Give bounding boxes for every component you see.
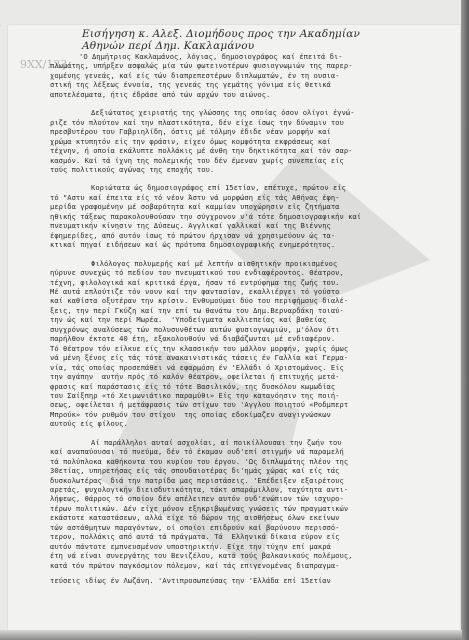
text-line: την αγάπην αυτήν πρός τό καλόν θέατρον, … xyxy=(50,372,462,381)
text-line: τό "Αστυ καί έπειτα είς τό νέον Άστυ νά … xyxy=(50,193,462,202)
text-line: χομένης γενεάς, καί είς τών διαπρεπεστέρ… xyxy=(50,71,462,80)
text-line: κασμόν. Καί τά ίχνη της πολεμικής του δέ… xyxy=(50,156,462,165)
text-line: νία, τάς οποίας προσεπάθει νά εφαρμόση έ… xyxy=(50,363,462,372)
text-line: Μπρούκ» τόν ρυθμόν του στίχου της οποίας… xyxy=(50,410,462,419)
text-line: φρασις καί παράστασις είς τό τότε Βασιλι… xyxy=(50,382,462,391)
text-line: καί καθίστα οξυτέραν την κρίσιν. Ενθυμού… xyxy=(50,296,462,305)
text-line: ξεις, την περί Γκύζη καί την επί τω θανά… xyxy=(50,306,462,315)
typewritten-body: 'Ο Δημήτριος Κακλαμάνος, λόγιας, δημοσιο… xyxy=(50,52,462,595)
text-line: τούς πολιτικούς αγώνας της εποχής του. xyxy=(50,165,462,174)
text-line-final: τεύσεις ιδίως έν Λωζάνη. 'Αντιπροσωπεύσα… xyxy=(50,576,462,585)
text-line: Τό θέατρον τόν είλκυε είς την κλασσικήν … xyxy=(50,344,462,353)
text-line: αποτελέσματα, ήτις έδράσε από τών αρχών … xyxy=(50,90,462,99)
paragraph-5: Αί παράλληλοι αυταί ασχολίαι, αί ποικίλλ… xyxy=(50,438,462,586)
handwritten-heading: Εισήγηση κ. Αλεξ. Διομήδους προς την Ακα… xyxy=(82,28,442,52)
text-line: εκάστοτε καταστάσεων, αλλά είχε τό δώρον… xyxy=(50,513,462,522)
text-line: πρεσβυτέρου του Γαβριηλίδη, όστις μέ τόλ… xyxy=(50,127,462,136)
text-line: τά πολύπλοκα καθήκοντα του κυρίου του έρ… xyxy=(50,457,462,466)
text-line: λήψεως, θάρρος τό οποίον δέν απέλειπεν α… xyxy=(50,494,462,503)
text-line: πλωμάτης, υπήρξεν ασφαλώς μία τών φωτειν… xyxy=(50,61,462,70)
paragraph-1: 'Ο Δημήτριος Κακλαμάνος, λόγιας, δημοσιο… xyxy=(50,52,462,99)
scan-right-edge-shadow xyxy=(461,0,469,640)
paragraph-2: Δεξιώτατος χειριστής της γλώσσης της οπο… xyxy=(50,108,462,174)
text-line: αυτούς είς φίλους. xyxy=(50,419,462,428)
text-line: Δεξιώτατος χειριστής της γλώσσης της οπο… xyxy=(50,108,462,117)
text-line: κτικαί πηγαί ειδήσεων καί ώς πρότυπα δημ… xyxy=(50,240,462,249)
text-line: Μέ αυτά επλούτιζε τόν νουν καί την φαντα… xyxy=(50,287,462,296)
text-line: ριζε τόν πλούτον καί την πλαστικότητα, δ… xyxy=(50,118,462,127)
text-line: συγχρόνως αναλύσεως τών πολυσυνθέτων αυτ… xyxy=(50,325,462,334)
paragraph-4: Φιλόλογος πολυμερής καί μέ λεπτήν αισθητ… xyxy=(50,259,462,429)
paragraph-3: Κοριώτατα ώς δημοσιογράφος επί 15ετίαν, … xyxy=(50,183,462,249)
handwritten-heading-line-2: Αθηνών περί Δημ. Κακλαμάνου xyxy=(82,40,442,52)
text-line: τέχνην, ή οποία εκάλυπτε πολλάκις μέ άνθ… xyxy=(50,146,462,155)
text-line: καί αναπαύουσαι τό πνεύμα, δέν τό έκαμαν… xyxy=(50,447,462,456)
text-line: ηθικής τάξεως παρακολουθούσαν την σύγχρο… xyxy=(50,212,462,221)
text-line: έτη νά είναι συνεργάτης του Βενιζέλου, κ… xyxy=(50,551,462,560)
text-line: Αί παράλληλοι αυταί ασχολίαι, αί ποικίλλ… xyxy=(50,438,462,447)
text-line: κατά τόν πρώτον παγκόσμιον πόλεμον, καί … xyxy=(50,561,462,570)
text-line: τερον, πολλάκις από αυτά τά πράγματα. Τά… xyxy=(50,532,462,541)
text-line: μερίδα γραφομένην μέ σοβαρότητα καί καμμ… xyxy=(50,202,462,211)
text-line: νά μένη ξένος είς τάς τότε ανακαινιστικά… xyxy=(50,353,462,362)
text-line: παρήλθον έκτοτε 40 έτη, εξακολουθούν νά … xyxy=(50,334,462,343)
text-line: έφημερίδες, από αυτόν ίσως τό πρώτον ήρχ… xyxy=(50,231,462,240)
scan-bottom-edge xyxy=(0,630,462,640)
text-line: ηύρυνε συνεχώς τό πεδίον του πνευματικού… xyxy=(50,268,462,277)
text-line: αρετάς, ψυχολογικήν διεισδυτικότητα, τάκ… xyxy=(50,485,462,494)
text-line: τών αστάθμητων παραγόντων, οί οποίοι επι… xyxy=(50,523,462,532)
text-line: χρώμα κτυπητόν είς την φράσιν, είχεν όμω… xyxy=(50,137,462,146)
text-line: δυσκολωτέρας διά την πατρίδα μας περιστά… xyxy=(50,476,462,485)
handwritten-heading-line-1: Εισήγηση κ. Αλεξ. Διομήδους προς την Ακα… xyxy=(82,28,442,40)
text-line: Φιλόλογος πολυμερής καί μέ λεπτήν αισθητ… xyxy=(50,259,462,268)
text-line: 'Ο Δημήτριος Κακλαμάνος, λόγιας, δημοσιο… xyxy=(50,52,462,61)
text-line: στική της λέξεως έννοία, της γενεάς της … xyxy=(50,80,462,89)
text-line: 30ετίας, υπηρετήσας είς τάς σπουδαιοτέρα… xyxy=(50,466,462,475)
text-line: πνευματικήν κίνησιν της Δύσεως. Αγγλικαί… xyxy=(50,221,462,230)
text-line: του Σαίξπηρ «τό Χειμωνιάτικο παραμύθι» Ε… xyxy=(50,391,462,400)
text-line: τέχνη, φιλολογικά καί κριτικά έργα, ήσαν… xyxy=(50,278,462,287)
text-line: τέρων πολιτικών. Δέν είχε μόνον εξηκριβω… xyxy=(50,504,462,513)
text-line: Κοριώτατα ώς δημοσιογράφος επί 15ετίαν, … xyxy=(50,183,462,192)
text-line: αυτόν πάντοτε εμπνευσμένον υποστηρικτήν.… xyxy=(50,542,462,551)
text-line: σεως, οφείλεται ή μετάφρασις τών στίχων … xyxy=(50,400,462,409)
text-line: την ώς καί την περί Μωρέα. 'Υποδείγματα … xyxy=(50,315,462,324)
